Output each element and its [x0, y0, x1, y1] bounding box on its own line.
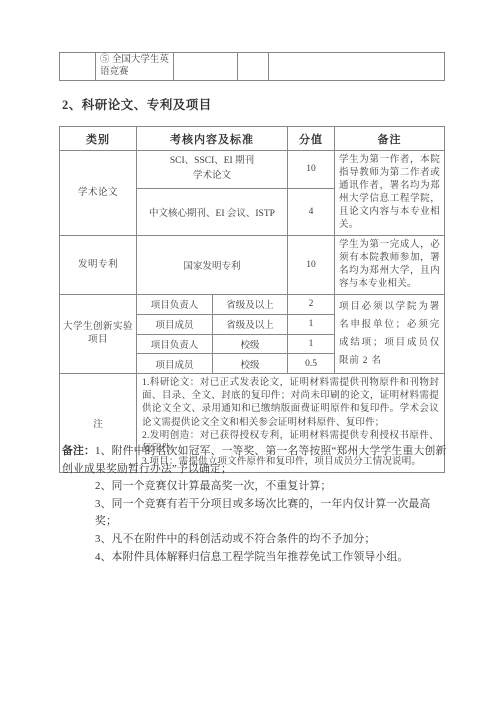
remark-item: 3、同一个竞赛有若干分项目或多场次比赛的，一年内仅计算一次最高奖；	[95, 496, 450, 531]
header-note: 备注	[335, 127, 445, 151]
score-table: 类别 考核内容及标准 分值 备注 学术论文 SCI、SSCI、EI 期刊 学术论…	[59, 126, 445, 473]
remark-item: 2、同一个竞赛仅计算最高奖一次，不重复计算；	[95, 478, 450, 496]
header-score: 分值	[288, 127, 335, 151]
table-cell-empty	[238, 53, 269, 81]
score-project: 0.5	[288, 354, 335, 374]
project-level-cell: 校级	[213, 334, 288, 354]
table-row: 大学生创新实验项目 项目负责人 省级及以上 2 项目必须以学院为署名申报单位；必…	[60, 295, 445, 315]
content-line: 学术论文	[140, 169, 284, 184]
category-academic-paper: 学术论文	[60, 151, 137, 236]
project-level-cell: 省级及以上	[213, 314, 288, 334]
content-sci-journal: SCI、SSCI、EI 期刊 学术论文	[137, 151, 288, 189]
header-category: 类别	[60, 127, 137, 151]
project-role-cell: 项目负责人	[137, 295, 213, 315]
document-page: ⑤ 全国大学生英语竞赛 2、科研论文、专利及项目 类别 考核内容及标准 分值 备…	[0, 0, 499, 706]
note-project: 项目必须以学院为署名申报单位；必须完成结项；项目成员仅限前 2 名	[335, 295, 445, 374]
score-patent: 10	[288, 236, 335, 295]
score-core: 4	[288, 188, 335, 235]
footer-remarks: 备注：1、附件中的名次如冠军、一等奖、第一名等按照“郑州大学学生重大创新创业成果…	[62, 443, 450, 566]
competition-name-cell: ⑤ 全国大学生英语竞赛	[96, 53, 174, 81]
table-cell-empty	[174, 53, 238, 81]
top-partial-table: ⑤ 全国大学生英语竞赛	[59, 52, 445, 81]
table-row: 发明专利 国家发明专利 10 学生为第一完成人，必须有本院教师参加，署名均为郑州…	[60, 236, 445, 295]
section-heading: 2、科研论文、专利及项目	[62, 97, 212, 113]
project-level-cell: 校级	[213, 354, 288, 374]
score-project: 1	[288, 334, 335, 354]
score-project: 1	[288, 314, 335, 334]
project-role-cell: 项目成员	[137, 354, 213, 374]
project-level-cell: 省级及以上	[213, 295, 288, 315]
category-innovation-project: 大学生创新实验项目	[60, 295, 137, 374]
header-content: 考核内容及标准	[137, 127, 288, 151]
remark-item: 3、凡不在附件中的科创活动或不符合条件的均不予加分；	[95, 531, 450, 549]
content-core-journal: 中文核心期刊、EI 会议、ISTP	[137, 188, 288, 235]
table-cell-empty	[269, 53, 445, 81]
table-cell-empty	[60, 53, 96, 81]
remark-label: 备注：	[62, 445, 95, 457]
remark-first-text: 1、附件中的名次如冠军、一等奖、第一名等按照“郑州大学学生重大创新创业成果奖励暂…	[62, 445, 447, 475]
content-national-patent: 国家发明专利	[137, 236, 288, 295]
table-row: 学术论文 SCI、SSCI、EI 期刊 学术论文 10 学生为第一作者，本院指导…	[60, 151, 445, 189]
project-role-cell: 项目负责人	[137, 334, 213, 354]
note-patent: 学生为第一完成人，必须有本院教师参加，署名均为郑州大学，且内容与本专业相关。	[335, 236, 445, 295]
content-line: SCI、SSCI、EI 期刊	[140, 154, 284, 169]
score-sci: 10	[288, 151, 335, 189]
table-header-row: 类别 考核内容及标准 分值 备注	[60, 127, 445, 151]
notes-item: 1.科研论文：对已正式发表论文，证明材料需提供刊物原件和刊物封面、目录、全文、封…	[142, 377, 439, 430]
project-role-cell: 项目成员	[137, 314, 213, 334]
remark-item: 4、本附件具体解释归信息工程学院当年推荐免试工作领导小组。	[95, 549, 450, 567]
category-patent: 发明专利	[60, 236, 137, 295]
score-project: 2	[288, 295, 335, 315]
table-row: ⑤ 全国大学生英语竞赛	[60, 53, 445, 81]
note-academic: 学生为第一作者，本院指导教师为第二作者或通讯作者，署名均为郑州大学信息工程学院，…	[335, 151, 445, 236]
remark-first: 备注：1、附件中的名次如冠军、一等奖、第一名等按照“郑州大学学生重大创新创业成果…	[62, 443, 450, 478]
